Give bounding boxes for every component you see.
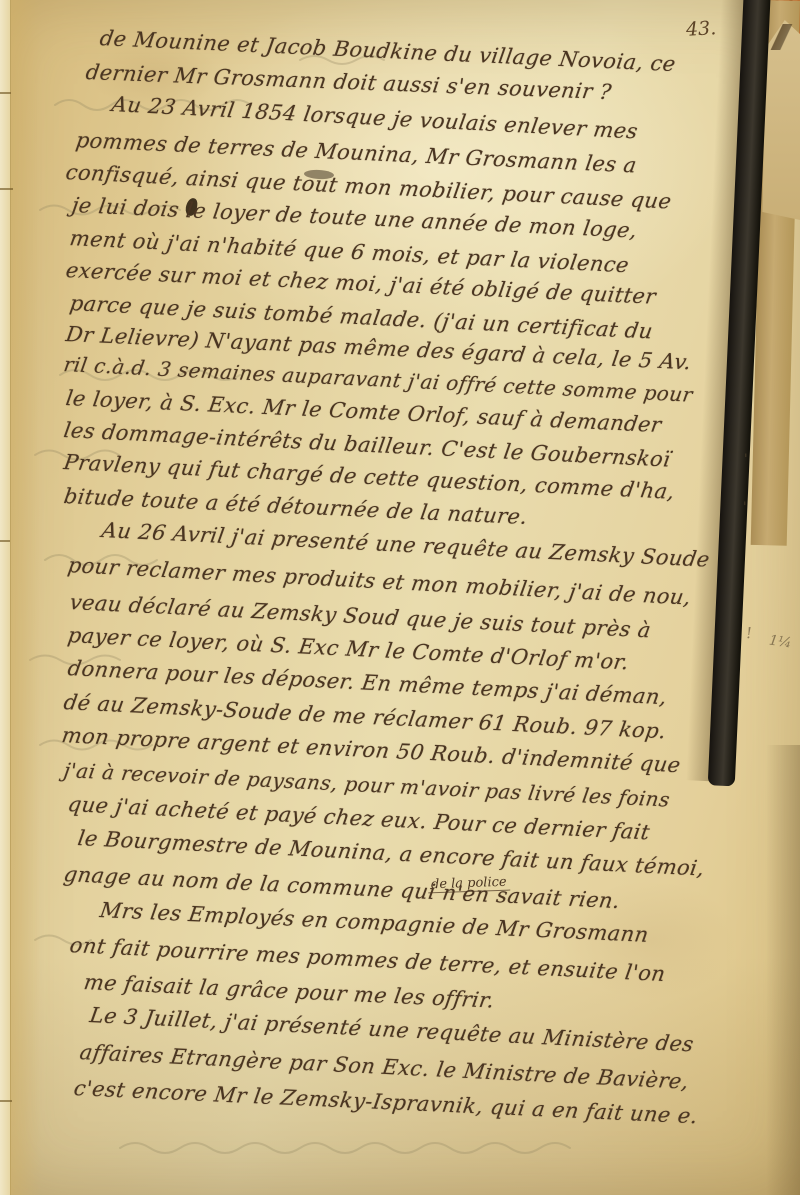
page-edge-line [0, 92, 11, 94]
left-page-edge [0, 0, 11, 1195]
manuscript-photo: 43. de Mounine et Jacob Boudkine du vill… [0, 0, 800, 1195]
margin-mark: ' [743, 500, 747, 515]
interline-insertion: de la police [428, 875, 510, 894]
margin-mark: 1¼ [768, 633, 792, 652]
page-edge-line [0, 188, 13, 190]
margin-mark: ' [744, 452, 748, 467]
page-edge-line [0, 540, 10, 542]
margin-mark: ! [745, 624, 752, 642]
left-page-edge-shade [11, 0, 41, 1195]
page-number: 43. [685, 17, 716, 41]
lower-right-shade [766, 745, 800, 1195]
page-edge-line [0, 1100, 12, 1102]
